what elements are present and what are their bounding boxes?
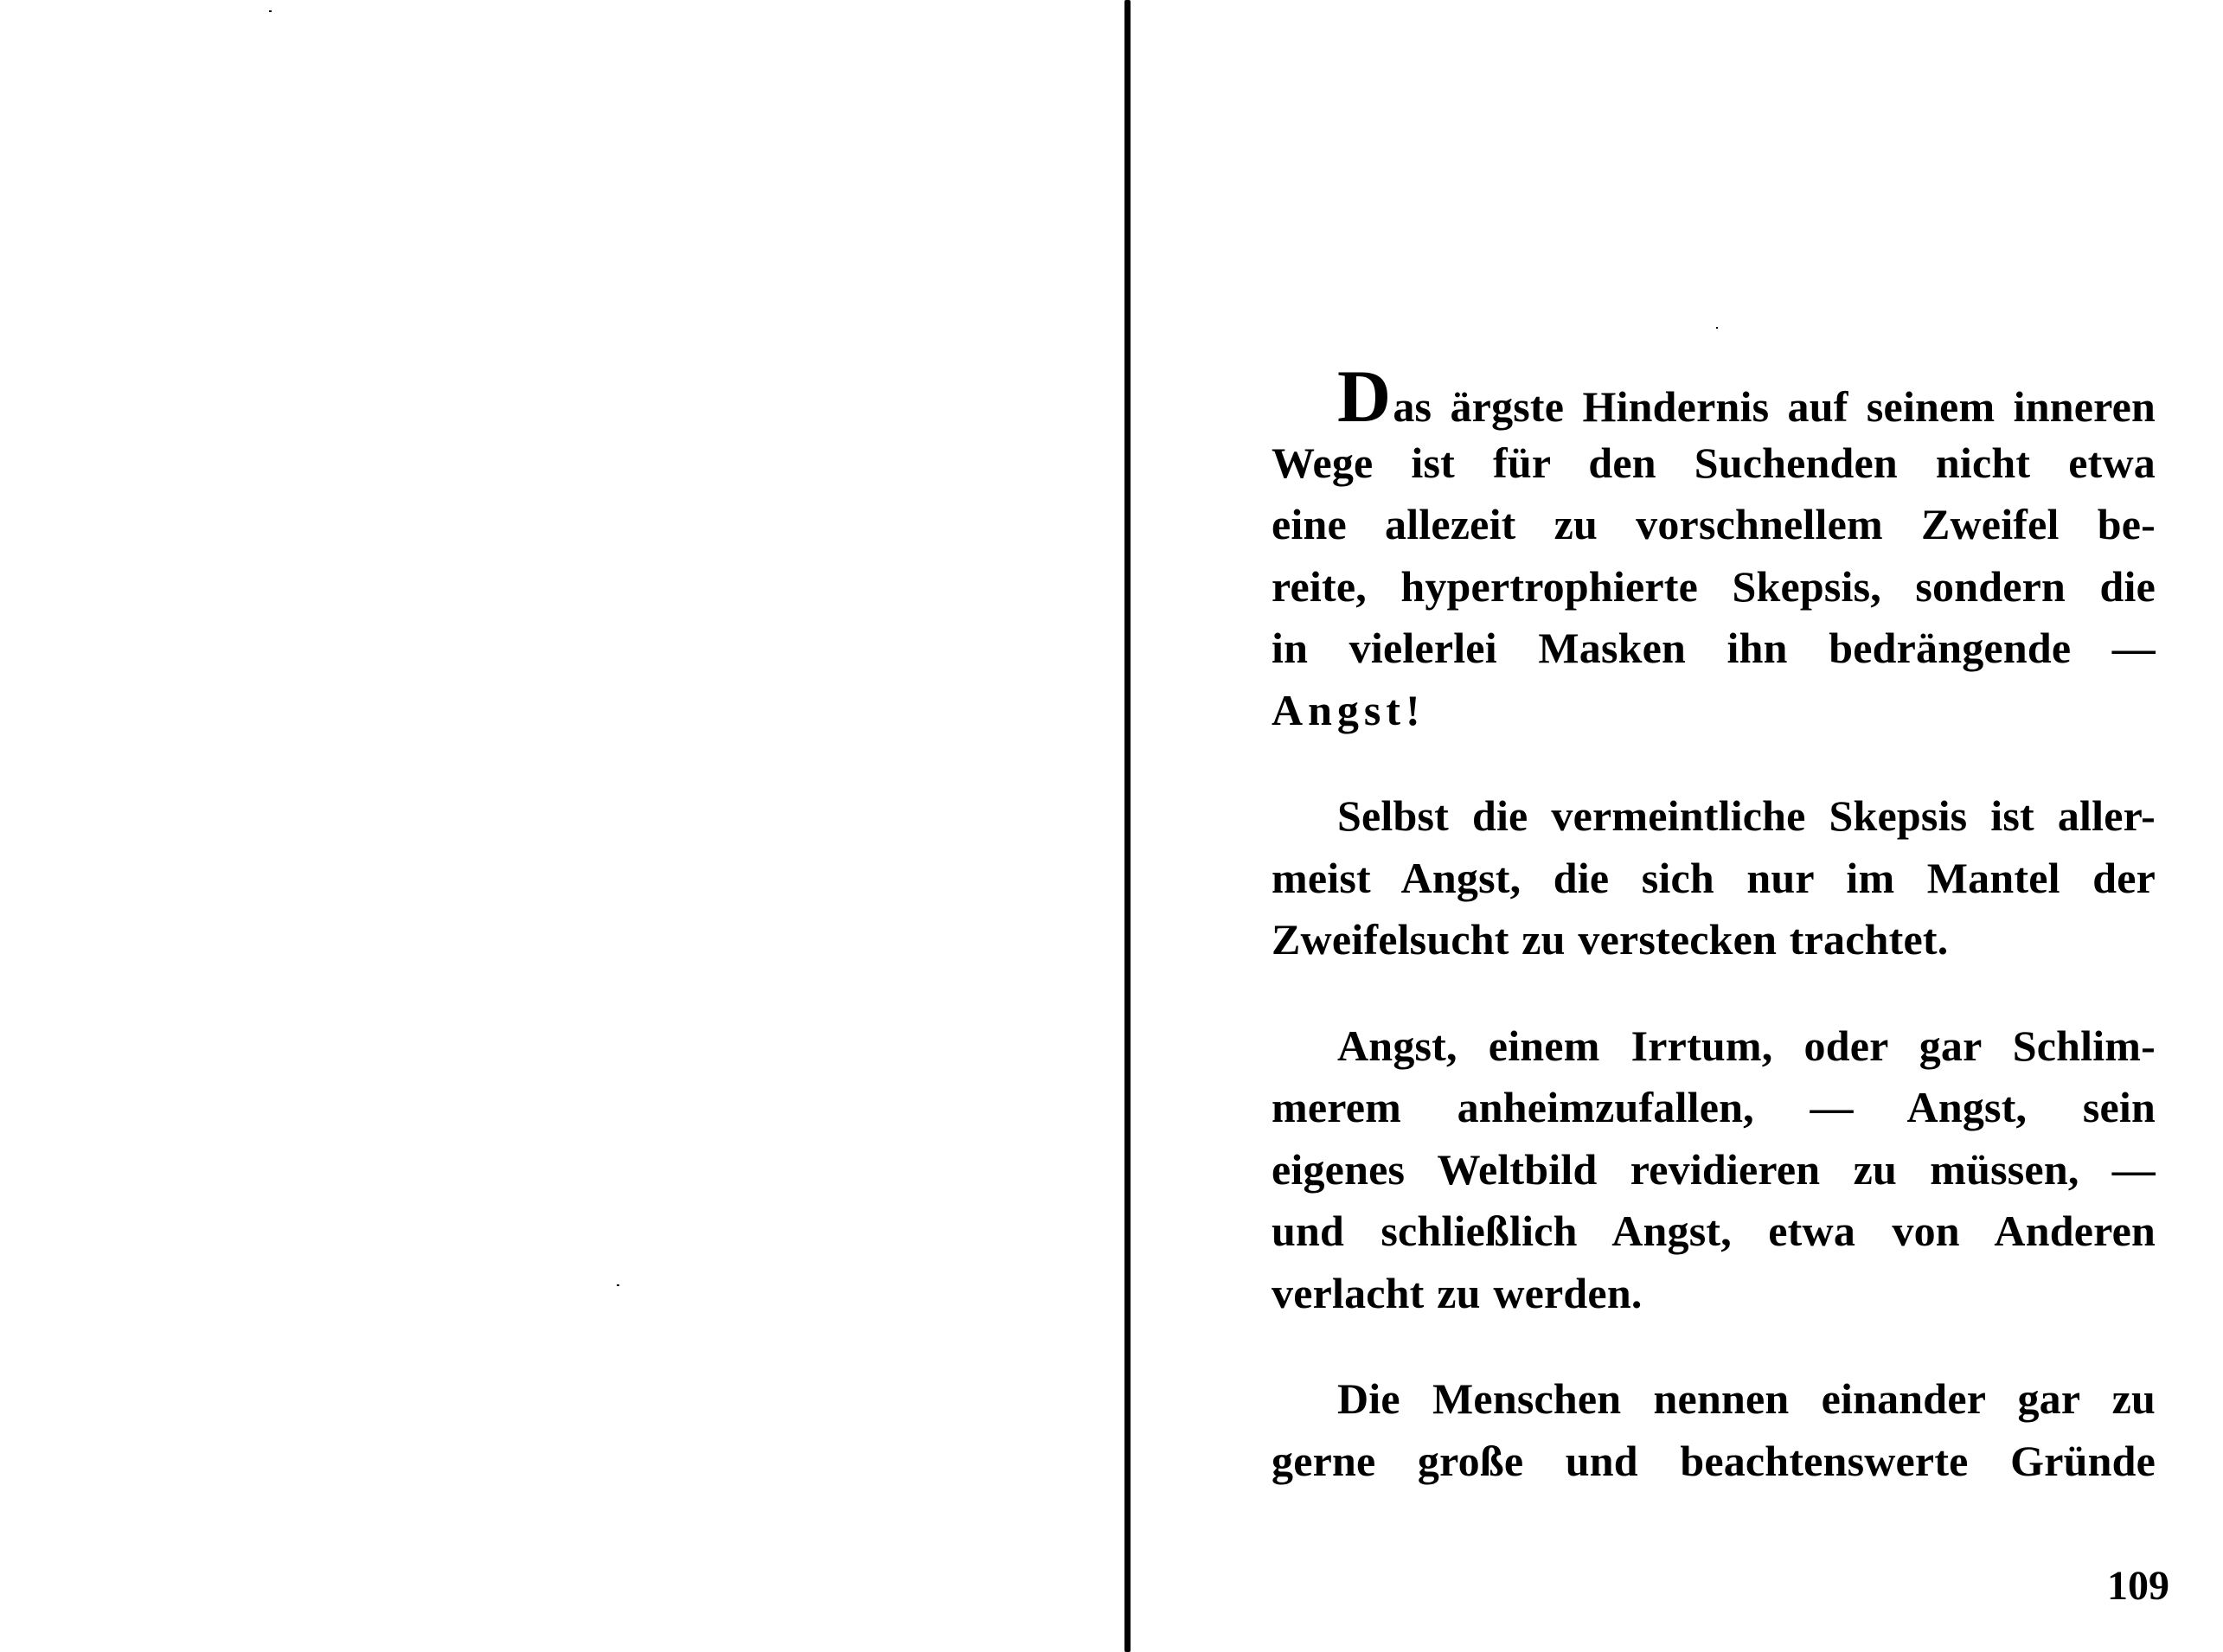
text-line: gerne große und beachtenswerte Gründe bbox=[1272, 1431, 2156, 1493]
text-line: Wege ist für den Suchenden nicht etwa bbox=[1272, 432, 2156, 495]
text-line: eigenes Weltbild revidieren zu müssen, — bbox=[1272, 1139, 2156, 1201]
text-line: Das ärgste Hindernis auf seinem inneren bbox=[1272, 370, 2156, 432]
page-number: 109 bbox=[2107, 1564, 2169, 1609]
book-spine-gutter bbox=[1124, 0, 1131, 1652]
text-line: Zweifelsucht zu verstecken trachtet. bbox=[1272, 909, 2156, 971]
text-line: Angst! bbox=[1272, 680, 2156, 742]
left-page bbox=[0, 0, 1124, 1652]
text-line: verlacht zu werden. bbox=[1272, 1263, 2156, 1325]
text-line: Angst, einem Irrtum, oder gar Schlim- bbox=[1272, 1015, 2156, 1078]
paragraph-3: Angst, einem Irrtum, oder gar Schlim- me… bbox=[1272, 1015, 2156, 1325]
drop-cap: D bbox=[1337, 355, 1391, 438]
text-line: meist Angst, die sich nur im Mantel der bbox=[1272, 848, 2156, 910]
text-line: reite, hypertrophierte Skepsis, sondern … bbox=[1272, 556, 2156, 618]
scan-speck bbox=[617, 1284, 619, 1286]
scan-speck bbox=[1716, 327, 1718, 329]
text-line: Die Menschen nennen einander gar zu bbox=[1272, 1368, 2156, 1431]
text-line: und schließlich Angst, etwa von Anderen bbox=[1272, 1201, 2156, 1263]
text-line: in vielerlei Masken ihn bedrängende — bbox=[1272, 618, 2156, 680]
paragraph-1: Das ärgste Hindernis auf seinem inneren … bbox=[1272, 370, 2156, 741]
body-text: Das ärgste Hindernis auf seinem inneren … bbox=[1272, 370, 2156, 1536]
text-line: eine allezeit zu vorschnellem Zweifel be… bbox=[1272, 494, 2156, 556]
paragraph-2: Selbst die vermeintliche Skepsis ist all… bbox=[1272, 785, 2156, 971]
text-line: Selbst die vermeintliche Skepsis ist all… bbox=[1272, 785, 2156, 848]
scan-speck bbox=[269, 10, 272, 12]
text-line: merem anheimzufallen, — Angst, sein bbox=[1272, 1077, 2156, 1139]
paragraph-4: Die Menschen nennen einander gar zu gern… bbox=[1272, 1368, 2156, 1492]
